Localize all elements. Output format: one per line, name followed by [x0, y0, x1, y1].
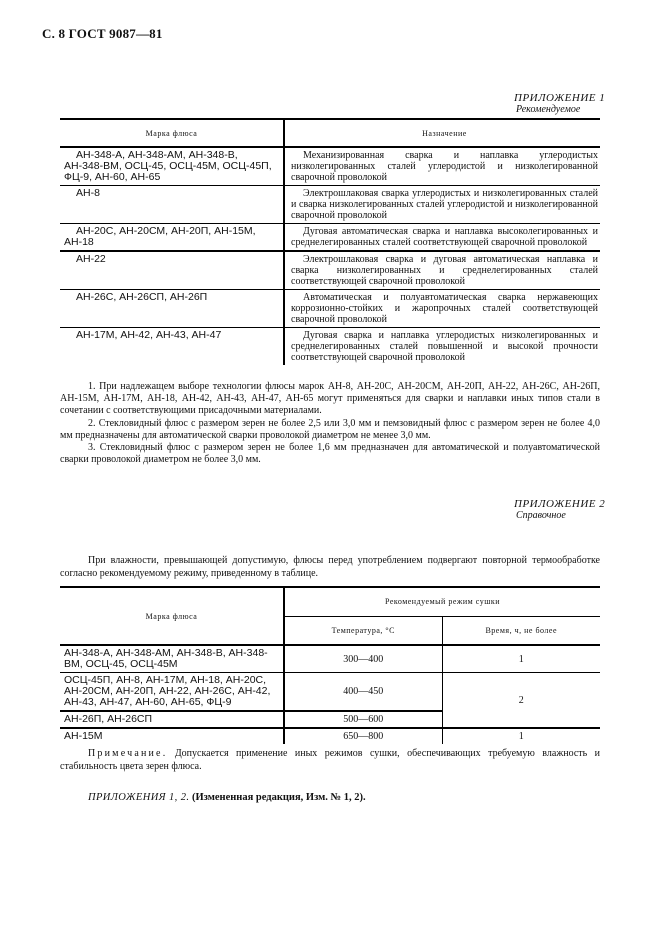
table-row: АН-20С, АН-20СМ, АН-20П, АН-15М, АН-18 Д… — [60, 224, 600, 252]
note-3: 3. Стекловидный флюс с размером зерен не… — [60, 442, 600, 466]
purpose-cell: Электрошлаковая сварка и дуговая автомат… — [284, 251, 600, 290]
header-flux-brand: Марка флюса — [60, 119, 284, 147]
table-row: АН-17М, АН-42, АН-43, АН-47 Дуговая свар… — [60, 328, 600, 366]
table-row: АН-22 Электрошлаковая сварка и дуговая а… — [60, 251, 600, 290]
appendix-2-remark: Примечание. Допускается применение иных … — [60, 748, 600, 773]
page-header: С. 8 ГОСТ 9087—81 — [42, 26, 163, 42]
table-row: АН-8 Электрошлаковая сварка углеродистых… — [60, 186, 600, 224]
flux-brand-cell: АН-8 — [60, 186, 284, 224]
amendment-appendices: ПРИЛОЖЕНИЯ 1, 2. — [88, 792, 189, 803]
header-flux-brand: Марка флюса — [60, 587, 284, 645]
table-header-row: Марка флюса Рекомендуемый режим сушки — [60, 587, 600, 616]
remark-label: Примечание. — [88, 748, 167, 759]
purpose-cell: Электрошлаковая сварка углеродистых и ни… — [284, 186, 600, 224]
header-drying-mode: Рекомендуемый режим сушки — [284, 587, 600, 616]
appendix-2-title: ПРИЛОЖЕНИЕ 2 — [514, 498, 605, 510]
flux-brand-cell: АН-26П, АН-26СП — [60, 711, 284, 728]
amendment-note: ПРИЛОЖЕНИЯ 1, 2. (Измененная редакция, И… — [88, 792, 366, 803]
header-temperature: Температура, °С — [284, 616, 442, 645]
flux-brand-cell: АН-348-А, АН-348-АМ, АН-348-В, АН-348-ВМ… — [60, 147, 284, 186]
time-cell: 1 — [442, 645, 600, 673]
table-row: АН-15М 650—800 1 — [60, 728, 600, 744]
header-time: Время, ч, не более — [442, 616, 600, 645]
appendix-1-notes: 1. При надлежащем выборе технологии флюс… — [60, 381, 600, 466]
appendix-2-intro: При влажности, превышающей допустимую, ф… — [60, 555, 600, 580]
flux-brand-cell: АН-22 — [60, 251, 284, 290]
purpose-cell: Механизированная сварка и наплавка углер… — [284, 147, 600, 186]
appendix-2-heading: ПРИЛОЖЕНИЕ 2 Справочное — [514, 498, 605, 521]
flux-brand-cell: АН-26С, АН-26СП, АН-26П — [60, 290, 284, 328]
time-cell: 1 — [442, 728, 600, 744]
flux-brand-cell: АН-15М — [60, 728, 284, 744]
table-header-row: Марка флюса Назначение — [60, 119, 600, 147]
table-row: ОСЦ-45П, АН-8, АН-17М, АН-18, АН-20С, АН… — [60, 673, 600, 712]
purpose-cell: Дуговая сварка и наплавка углеродистых н… — [284, 328, 600, 366]
flux-purpose-table: Марка флюса Назначение АН-348-А, АН-348-… — [60, 118, 600, 365]
amendment-revision: (Измененная редакция, Изм. № 1, 2). — [192, 792, 366, 803]
drying-mode-table: Марка флюса Рекомендуемый режим сушки Те… — [60, 586, 600, 744]
temperature-cell: 650—800 — [284, 728, 442, 744]
purpose-cell: Автоматическая и полуавтоматическая свар… — [284, 290, 600, 328]
flux-brand-cell: АН-20С, АН-20СМ, АН-20П, АН-15М, АН-18 — [60, 224, 284, 252]
flux-brand-cell: АН-348-А, АН-348-АМ, АН-348-В, АН-348-ВМ… — [60, 645, 284, 673]
table-row: АН-348-А, АН-348-АМ, АН-348-В, АН-348-ВМ… — [60, 645, 600, 673]
temperature-cell: 400—450 — [284, 673, 442, 712]
appendix-2-subtitle: Справочное — [516, 510, 605, 521]
time-cell: 2 — [442, 673, 600, 729]
table-row: АН-348-А, АН-348-АМ, АН-348-В, АН-348-ВМ… — [60, 147, 600, 186]
note-1: 1. При надлежащем выборе технологии флюс… — [60, 381, 600, 418]
flux-brand-cell: АН-17М, АН-42, АН-43, АН-47 — [60, 328, 284, 366]
table-row: АН-26С, АН-26СП, АН-26П Автоматическая и… — [60, 290, 600, 328]
appendix-1-subtitle: Рекомендуемое — [516, 104, 605, 115]
note-2: 2. Стекловидный флюс с размером зерен не… — [60, 418, 600, 442]
temperature-cell: 300—400 — [284, 645, 442, 673]
header-purpose: Назначение — [284, 119, 600, 147]
purpose-cell: Дуговая автоматическая сварка и наплавка… — [284, 224, 600, 252]
appendix-1-title: ПРИЛОЖЕНИЕ 1 — [514, 92, 605, 104]
appendix-1-heading: ПРИЛОЖЕНИЕ 1 Рекомендуемое — [514, 92, 605, 115]
temperature-cell: 500—600 — [284, 711, 442, 728]
flux-brand-cell: ОСЦ-45П, АН-8, АН-17М, АН-18, АН-20С, АН… — [60, 673, 284, 712]
intro-paragraph: При влажности, превышающей допустимую, ф… — [60, 555, 600, 580]
